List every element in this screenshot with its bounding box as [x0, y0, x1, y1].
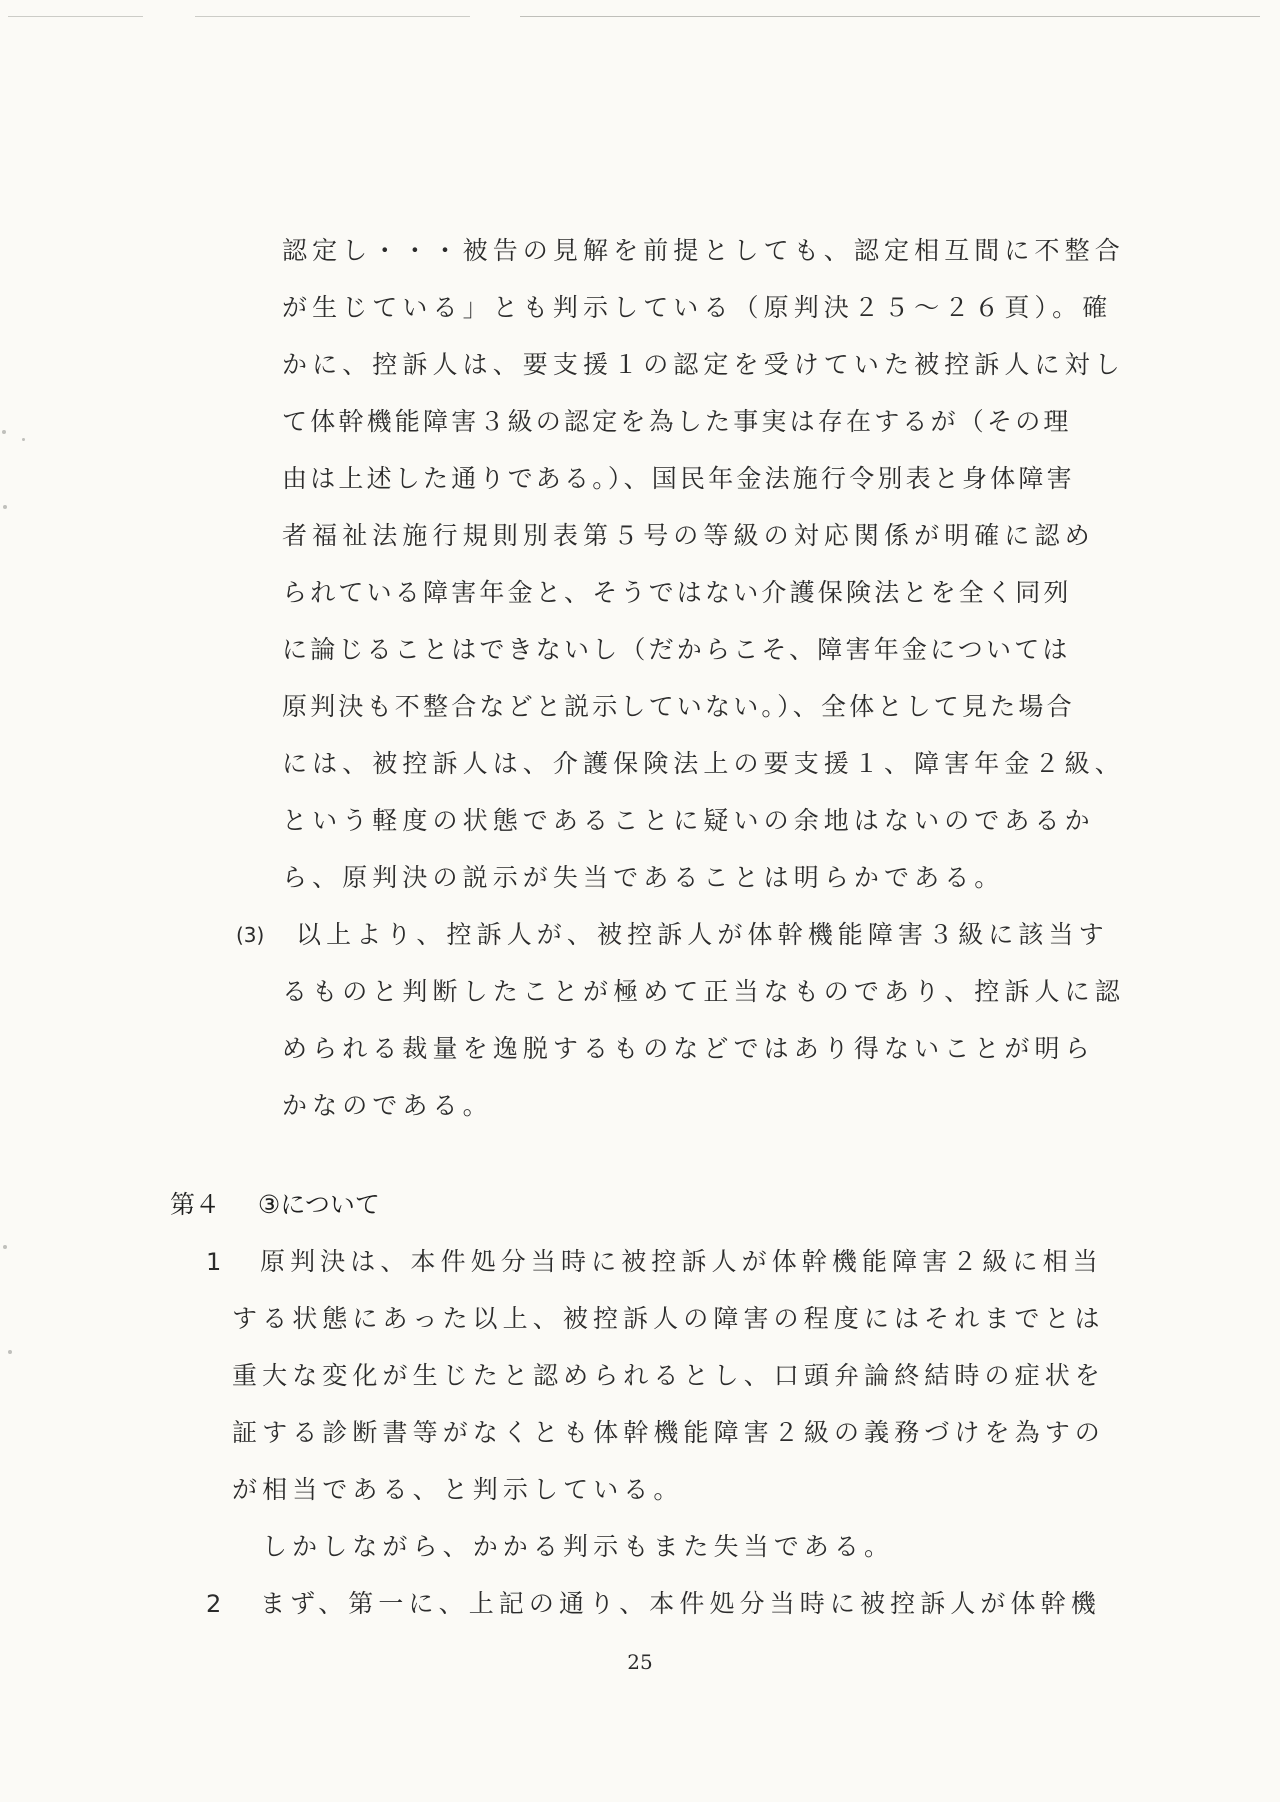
text-line: する状態にあった以上、被控訴人の障害の程度にはそれまでとは — [232, 1304, 1105, 1334]
section-4-heading: 第４ ③について — [170, 1190, 380, 1220]
rebuttal-line: しかしながら、かかる判示もまた失当である。 — [262, 1532, 894, 1562]
scan-speck — [2, 430, 6, 434]
item-marker: 2 — [206, 1589, 221, 1619]
section-title: ③について — [258, 1190, 380, 1219]
scan-speck — [3, 1245, 7, 1249]
scan-speck — [8, 1350, 12, 1354]
text-line: 証する診断書等がなくとも体幹機能障害２級の義務づけを為すの — [232, 1418, 1105, 1448]
text-line: められる裁量を逸脱するものなどではあり得ないことが明ら — [282, 1034, 1095, 1064]
text-line: 以上より、控訴人が、被控訴人が体幹機能障害３級に該当す — [296, 920, 1109, 950]
text-line: 原判決も不整合などと説示していない。）、全体として見た場合 — [282, 692, 1075, 722]
text-line: が相当である、と判示している。 — [232, 1475, 684, 1505]
scan-speck — [22, 438, 25, 441]
top-rule-segment — [195, 16, 470, 17]
text-line: 由は上述した通りである。）、国民年金法施行令別表と身体障害 — [282, 464, 1075, 494]
item-marker: 1 — [206, 1247, 221, 1277]
text-line: に論じることはできないし（だからこそ、障害年金については — [282, 635, 1071, 665]
text-line: まず、第一に、上記の通り、本件処分当時に被控訴人が体幹機 — [260, 1589, 1101, 1619]
text-line: 重大な変化が生じたと認められるとし、口頭弁論終結時の症状を — [232, 1361, 1105, 1391]
text-line: て体幹機能障害３級の認定を為した事実は存在するが（その理 — [282, 407, 1072, 437]
top-rule-segment — [520, 16, 1260, 17]
text-line: には、被控訴人は、介護保険法上の要支援１、障害年金２級、 — [282, 749, 1125, 779]
text-line: が生じている」とも判示している（原判決２５～２６頁）。確 — [282, 293, 1112, 323]
item-marker: (3) — [236, 920, 264, 950]
text-line: 認定し・・・被告の見解を前提としても、認定相互間に不整合 — [282, 236, 1125, 266]
top-rule-segment — [8, 16, 143, 17]
text-line: という軽度の状態であることに疑いの余地はないのであるか — [282, 806, 1095, 836]
text-line: るものと判断したことが極めて正当なものであり、控訴人に認 — [282, 977, 1125, 1007]
text-line: ら、原判決の説示が失当であることは明らかである。 — [282, 863, 1004, 893]
section-number: 第４ — [170, 1190, 220, 1219]
text-line: 者福祉法施行規則別表第５号の等級の対応関係が明確に認め — [282, 521, 1095, 551]
text-line: 原判決は、本件処分当時に被控訴人が体幹機能障害２級に相当 — [260, 1247, 1103, 1277]
text-line: かに、控訴人は、要支援１の認定を受けていた被控訴人に対し — [282, 350, 1125, 380]
page-number: 25 — [0, 1650, 1280, 1674]
text-line: かなのである。 — [282, 1091, 493, 1121]
text-line: られている障害年金と、そうではない介護保険法とを全く同列 — [282, 578, 1072, 608]
scan-speck — [3, 505, 7, 509]
